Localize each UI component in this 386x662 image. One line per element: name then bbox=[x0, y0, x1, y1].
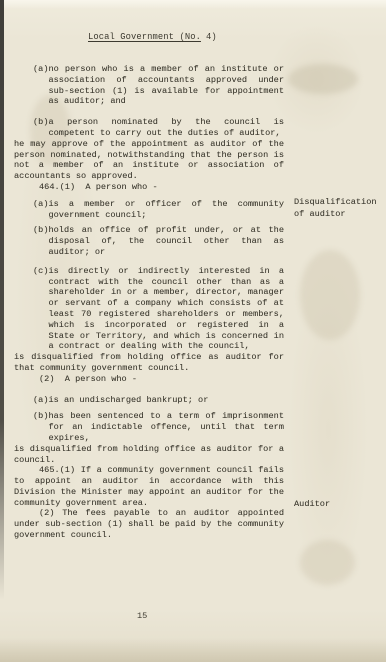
scan-left-edge-shadow bbox=[0, 0, 4, 600]
item-text: holds an office of profit under, or at t… bbox=[48, 225, 284, 257]
document-body: (a) no person who is a member of an inst… bbox=[14, 0, 284, 541]
bleedthrough-smudge bbox=[300, 540, 355, 585]
scanned-document-page: Local Government (No.4) (a) no person wh… bbox=[0, 0, 386, 662]
section-464-sub2-item-b: (b) has been sentenced to a term of impr… bbox=[33, 411, 284, 443]
page-number: 15 bbox=[137, 611, 147, 621]
item-label: (a) bbox=[33, 199, 48, 221]
section-464-sub2-close: is disqualified from holding office as a… bbox=[14, 444, 284, 466]
section-464-sub1-opening: 464.(1) A person who - bbox=[14, 182, 284, 193]
paragraph-intro-item-b: (b) a person nominated by the council is… bbox=[33, 117, 284, 139]
item-text: has been sentenced to a term of imprison… bbox=[48, 411, 284, 443]
item-text: a person nominated by the council is com… bbox=[48, 117, 284, 139]
item-text: is an undischarged bankrupt; or bbox=[48, 395, 284, 406]
margin-note-disqualification: Disqualification of auditor bbox=[294, 196, 384, 220]
item-text: is a member or officer of the community … bbox=[48, 199, 284, 221]
bleedthrough-smudge bbox=[288, 64, 358, 94]
item-label: (a) bbox=[33, 395, 48, 406]
margin-note-auditor: Auditor bbox=[294, 498, 384, 510]
section-465-sub2: (2) The fees payable to an auditor appoi… bbox=[14, 508, 284, 540]
paragraph-intro-item-a: (a) no person who is a member of an inst… bbox=[33, 64, 284, 107]
scan-bottom-edge-shadow bbox=[0, 638, 386, 662]
section-464-sub2-opening: (2) A person who - bbox=[14, 374, 284, 385]
item-text: no person who is a member of an institut… bbox=[48, 64, 284, 107]
item-label: (a) bbox=[33, 64, 48, 107]
section-465-sub1: 465.(1) If a community government counci… bbox=[14, 465, 284, 508]
section-464-item-b: (b) holds an office of profit under, or … bbox=[33, 225, 284, 257]
section-464-item-c: (c) is directly or indirectly interested… bbox=[33, 266, 284, 352]
bleedthrough-smudge bbox=[300, 250, 360, 340]
paragraph-intro-close: he may approve of the appointment as aud… bbox=[14, 139, 284, 182]
item-label: (c) bbox=[33, 266, 48, 352]
item-text: is directly or indirectly interested in … bbox=[48, 266, 284, 352]
item-label: (b) bbox=[33, 225, 48, 257]
section-464-sub2-item-a: (a) is an undischarged bankrupt; or bbox=[33, 395, 284, 406]
section-464-item-a: (a) is a member or officer of the commun… bbox=[33, 199, 284, 221]
section-464-sub1-close: is disqualified from holding office as a… bbox=[14, 352, 284, 374]
item-label: (b) bbox=[33, 411, 48, 443]
item-label: (b) bbox=[33, 117, 48, 139]
